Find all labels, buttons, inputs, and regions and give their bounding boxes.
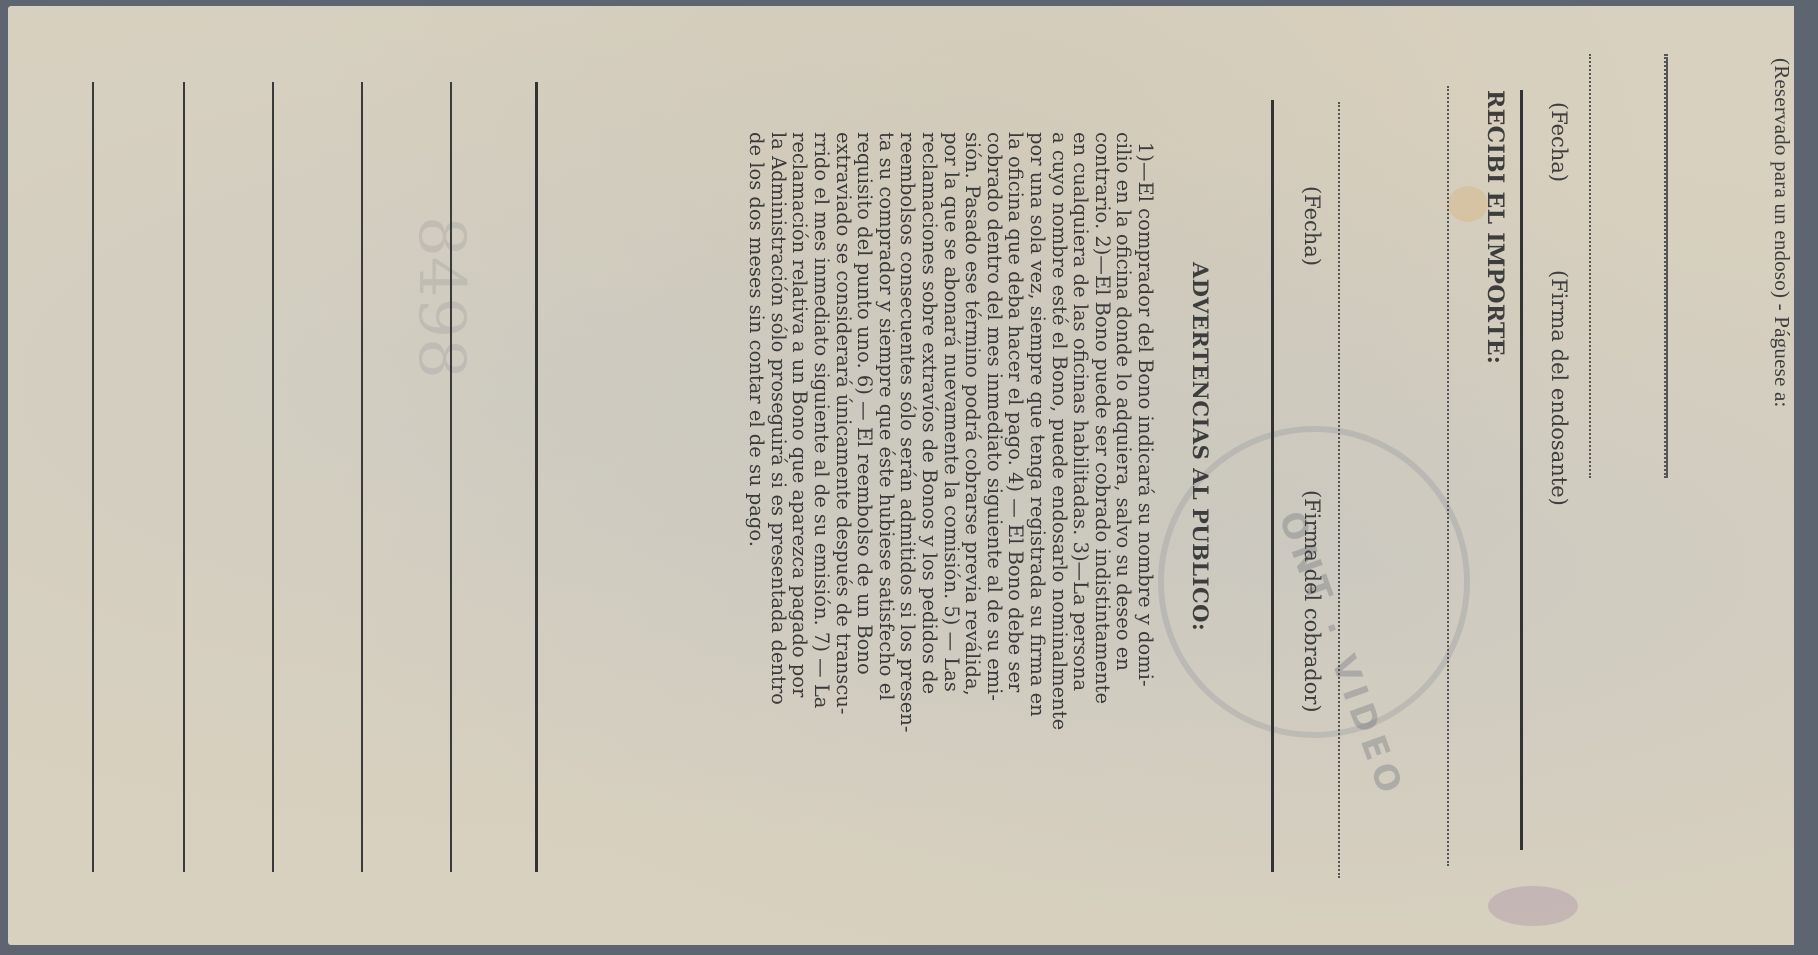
receipt-signature-line[interactable] (1338, 102, 1340, 878)
column-rule (92, 82, 94, 872)
warnings-line: sión. Pasado ese término podrá cobrarse … (962, 132, 984, 732)
warnings-title: ADVERTENCIAS AL PUBLICO: (1188, 262, 1213, 631)
receipt-date-label: (Fecha) (1300, 186, 1324, 266)
warnings-line: a cuyo nombre esté el Bono, puede endosa… (1048, 132, 1070, 732)
receipt-heading: RECIBI EL IMPORTE: (1482, 90, 1508, 364)
warnings-line: por una sola vez, siempre que tenga regi… (1026, 132, 1048, 732)
stain (1488, 886, 1578, 926)
endorsement-signature-line[interactable] (1589, 54, 1591, 478)
warnings-line: reclamación relativa a un Bono que apare… (789, 132, 811, 732)
section-divider (1271, 100, 1274, 872)
warnings-line: requisito del punto uno. 6) — El reembol… (854, 132, 876, 732)
endorsement-title: (Reservado para un endoso) - Páguese a: (1769, 58, 1794, 408)
warnings-line: 1)—El comprador del Bono indicará su nom… (1134, 132, 1156, 732)
warnings-line: reembolsos consecuentes sólo serán admit… (897, 132, 919, 732)
warnings-line: la Administración sólo proseguirá si es … (767, 132, 789, 732)
column-rule (361, 82, 363, 872)
warnings-line: de los dos meses sin contar el de su pag… (746, 132, 768, 732)
column-rule (272, 82, 274, 872)
show-through-number: 8498 (404, 216, 478, 379)
endorsement-payee-line[interactable] (1666, 54, 1668, 477)
warnings-line: la oficina que deba hacer el pago. 4) — … (1005, 132, 1027, 732)
warnings-line: rrido el mes inmediato siguiente al de s… (811, 132, 833, 732)
bond-reverse-paper: ONT · VIDEO 8498 (Reservado para un endo… (8, 6, 1794, 945)
endorsement-signature-label: (Firma del endosante) (1547, 270, 1571, 506)
warnings-line: contrario. 2)—El Bono puede ser cobrado … (1091, 132, 1113, 732)
endorsement-payee-line[interactable] (1664, 54, 1666, 478)
warnings-line: por la que se abonará nuevamente la comi… (940, 132, 962, 732)
column-rule (535, 82, 538, 872)
warnings-line: cobrado dentro del mes inmediato siguien… (983, 132, 1005, 732)
warnings-line: extraviado se considerará únicamente des… (832, 132, 854, 732)
column-rule (183, 82, 185, 872)
warnings-line: cilio en la oficina donde lo adquiera, s… (1113, 132, 1135, 732)
warnings-line: reclamaciones sobre extravíos de Bonos y… (918, 132, 940, 732)
endorsement-date-label: (Fecha) (1547, 102, 1571, 182)
section-divider (1520, 90, 1523, 850)
receipt-date-line[interactable] (1447, 86, 1449, 866)
warnings-line: en cualquiera de las oficinas habilitada… (1070, 132, 1092, 732)
receipt-signature-label: (Firma del cobrador) (1300, 490, 1324, 713)
column-rule (450, 82, 452, 872)
warnings-line: ta su comprador y siempre que éste hubie… (875, 132, 897, 732)
warnings-body: 1)—El comprador del Bono indicará su nom… (746, 132, 1156, 732)
